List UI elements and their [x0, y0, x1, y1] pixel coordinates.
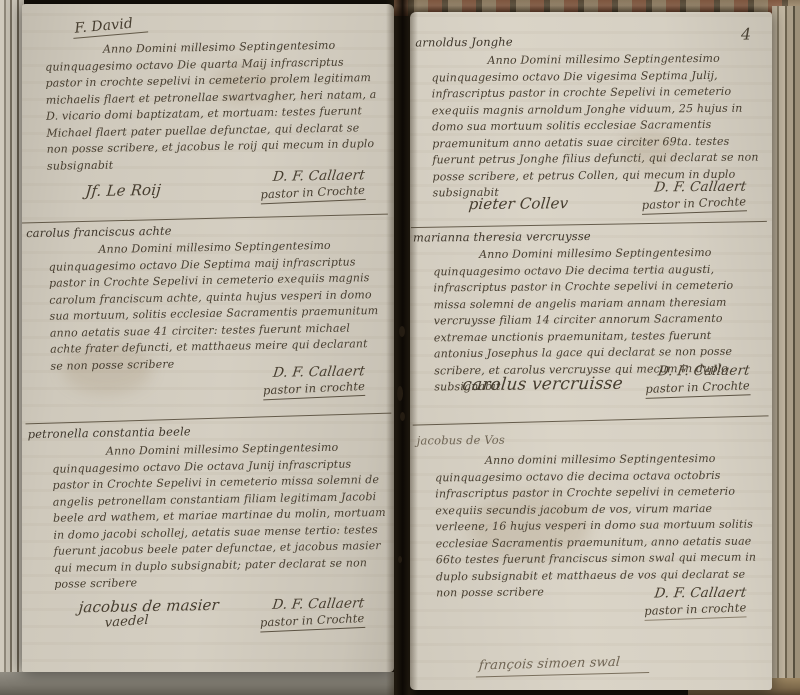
priest-signature: D. F. Callaert: [643, 585, 747, 602]
margin-note-david: F. David: [72, 14, 148, 38]
priest-signature: D. F. Callaert: [641, 179, 748, 196]
entry-heading: arnoldus Jonghe: [415, 35, 513, 50]
priest-signature: D. F. Callaert: [260, 167, 367, 185]
entry-body: Anno Domini millesimo Septingentesimo qu…: [45, 37, 381, 175]
entry-heading: petronella constantia beele: [28, 424, 191, 441]
entry-body: Anno Domini millesimo Septingentesimo qu…: [52, 439, 389, 593]
left-page-content: F. David Anno Domini millesimo Septingen…: [16, 1, 400, 675]
page-edges-right: [772, 6, 800, 695]
burial-entry: petronella constantia beele Anno Domini …: [16, 1, 388, 7]
ink-blot: [399, 326, 405, 337]
entry-body: Anno Domini millesimo Septingentesimo qu…: [48, 237, 382, 375]
entry-divider: [22, 214, 388, 224]
witness-signature: jacobus de masier vaedel: [79, 596, 220, 628]
right-page-content: 4 arnoldus Jonghe Anno Domini millesimo …: [407, 10, 775, 691]
priest-title: pastor in crochte: [262, 379, 365, 400]
burial-entry: carolus franciscus achte Anno Domini mil…: [16, 1, 388, 7]
entry-divider: [413, 415, 769, 425]
priest-title: pastor in crochte: [644, 600, 747, 621]
burial-entry: Anno Domini millesimo Septingentesimo qu…: [16, 1, 388, 7]
priest-signature-block: D. F. Callaert pastor in crochte: [262, 363, 365, 399]
priest-signature: D. F. Callaert: [645, 363, 752, 380]
priest-signature-block: D. F. Callaert pastor in Crochte: [260, 167, 365, 203]
entry-heading: carolus franciscus achte: [26, 224, 172, 241]
priest-signature-block: D. F. Callaert pastor in Crochte: [642, 179, 747, 214]
witness-signature: Jf. Le Roij: [85, 181, 161, 200]
ink-blot: [397, 386, 403, 401]
left-page: F. David Anno Domini millesimo Septingen…: [22, 4, 394, 672]
priest-title: pastor in Crochte: [260, 611, 365, 633]
priest-signature-block: D. F. Callaert pastor in Crochte: [260, 595, 365, 631]
entry-divider: [411, 221, 767, 228]
priest-signature-block: D. F. Callaert pastor in Crochte: [646, 363, 751, 398]
entry-body: Anno domini millesimo Septingentesimo qu…: [435, 450, 766, 601]
priest-signature: D. F. Callaert: [259, 595, 366, 613]
page-number: 4: [741, 25, 752, 44]
entry-divider: [25, 413, 391, 425]
ink-blot: [398, 556, 402, 563]
witness-signature: carolus vercruisse: [462, 374, 623, 395]
desk-surface-left: [0, 672, 394, 695]
entry-heading: jacobus de Vos: [417, 433, 505, 448]
priest-title: pastor in Crochte: [642, 194, 747, 215]
priest-signature: D. F. Callaert: [261, 363, 365, 381]
right-page: 4 arnoldus Jonghe Anno Domini millesimo …: [410, 12, 772, 690]
witness-signature: pieter Collev: [469, 194, 569, 213]
priest-signature-block: D. F. Callaert pastor in crochte: [644, 585, 747, 620]
ink-blot: [400, 412, 405, 421]
witness-signature: françois simoen swal: [476, 654, 651, 678]
priest-title: pastor in Crochte: [645, 378, 750, 399]
book-scan: F. David Anno Domini millesimo Septingen…: [0, 0, 800, 695]
priest-title: pastor in Crochte: [261, 183, 366, 205]
entry-heading: marianna theresia vercruysse: [413, 229, 591, 245]
